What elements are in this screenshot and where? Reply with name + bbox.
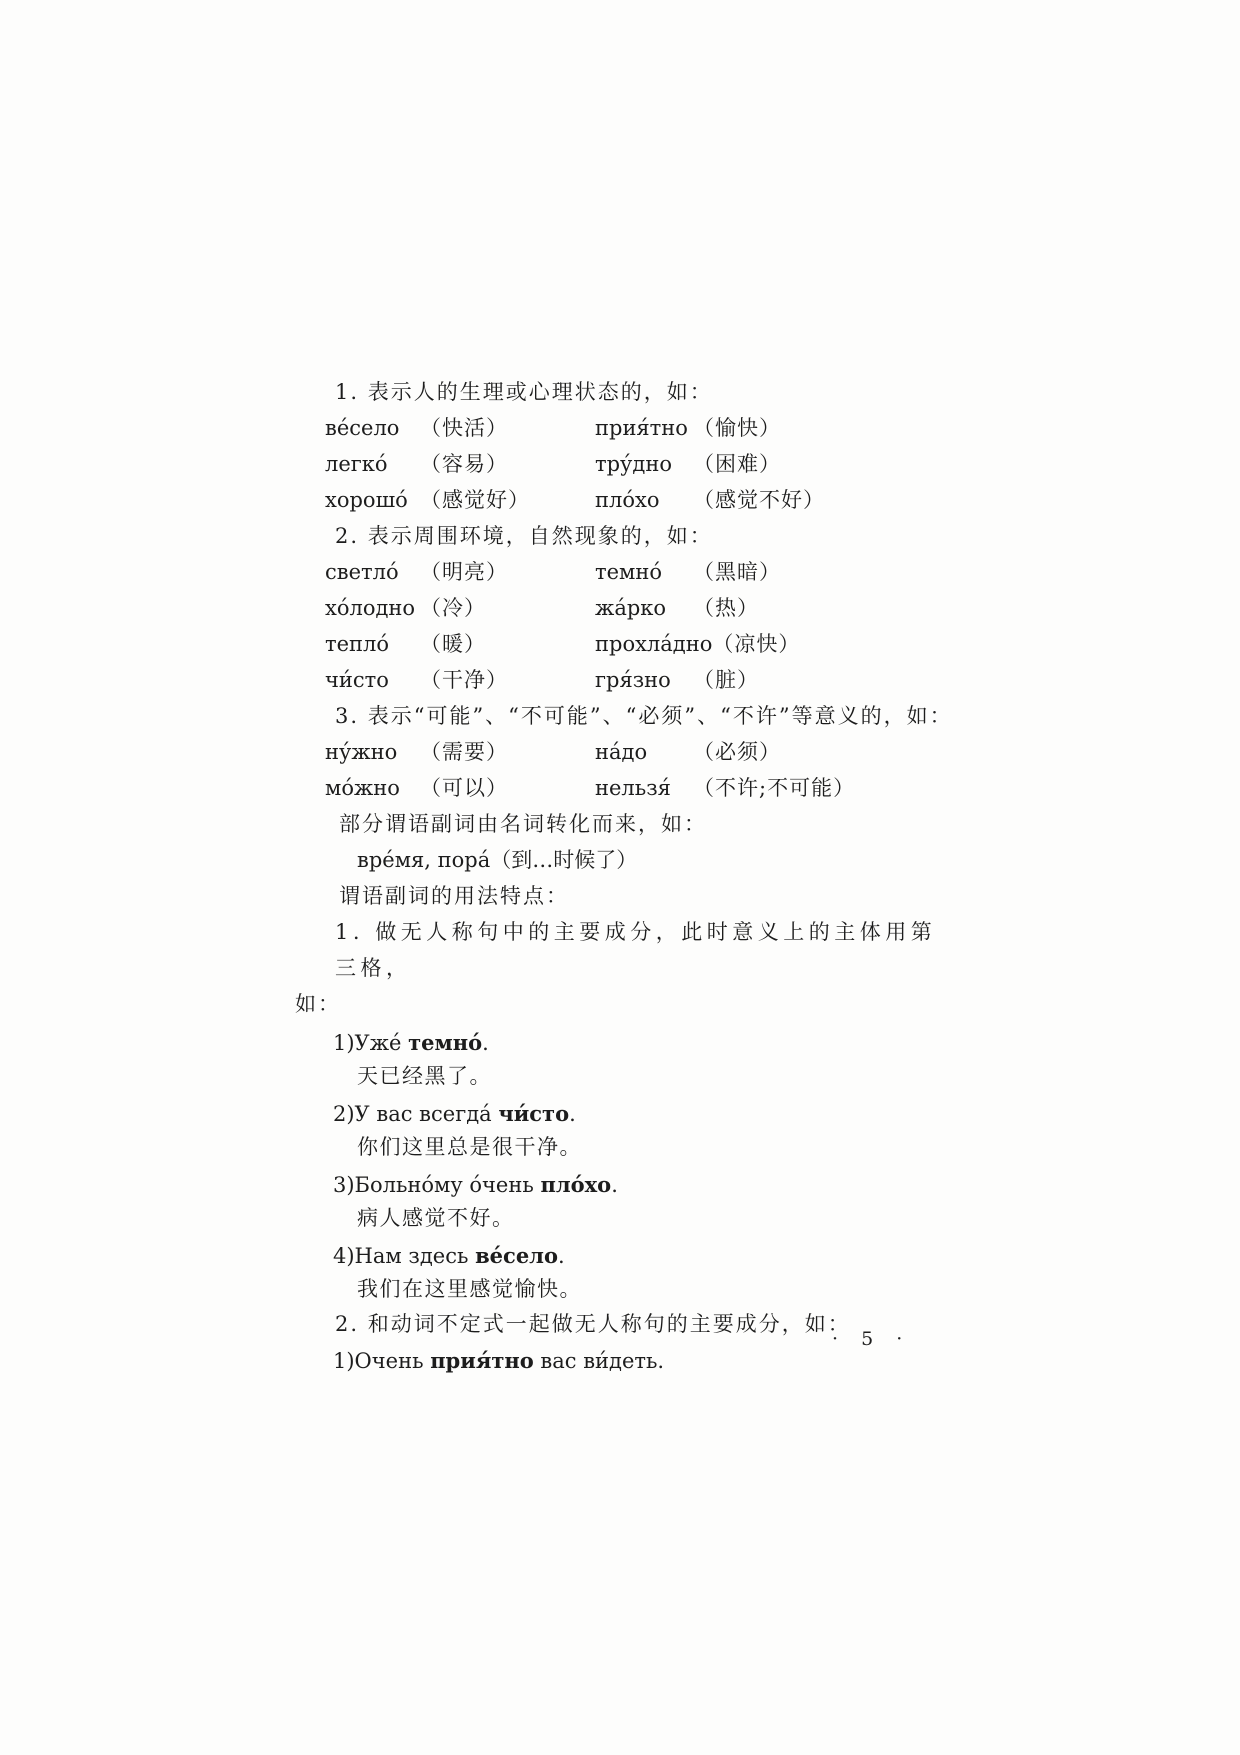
- russian-word: мо́жно: [325, 770, 420, 806]
- vocab-row: мо́жно（可以）нельзя́（不许;不可能）: [295, 770, 955, 806]
- sentence-pre: 3)Больно́му о́чень: [333, 1173, 540, 1197]
- chinese-gloss: （可以）: [420, 770, 595, 806]
- russian-word: гря́зно: [595, 662, 693, 698]
- vocab-row: ну́жно（需要）на́до（必须）: [295, 734, 955, 770]
- russian-word: светло́: [325, 554, 420, 590]
- example-sentence: 3)Больно́му о́чень пло́хо.: [295, 1168, 955, 1202]
- example-block: 4)Нам здесь ве́село. 我们在这里感觉愉快。: [295, 1239, 955, 1306]
- section-heading: 1. 表示人的生理或心理状态的，如：: [295, 374, 955, 410]
- sentence-post: вас ви́деть.: [534, 1349, 664, 1373]
- note-paragraph: 部分谓语副词由名词转化而来，如：: [295, 806, 955, 842]
- chinese-gloss: （感觉好）: [420, 482, 595, 518]
- page-number: · 5 ·: [832, 1328, 905, 1350]
- example-block: 3)Больно́му о́чень пло́хо. 病人感觉不好。: [295, 1168, 955, 1235]
- section-heading: 3. 表示“可能”、“不可能”、“必须”、“不许”等意义的，如：: [295, 698, 955, 734]
- russian-word: хо́лодно: [325, 590, 420, 626]
- russian-word: легко́: [325, 446, 420, 482]
- usage-point: 1. 做无人称句中的主要成分，此时意义上的主体用第三格，: [295, 914, 955, 986]
- usage-title: 谓语副词的用法特点：: [295, 878, 955, 914]
- vocab-row: чи́сто（干净）гря́зно（脏）: [295, 662, 955, 698]
- vocab-row: ве́село（快活）прия́тно（愉快）: [295, 410, 955, 446]
- chinese-gloss: （干净）: [420, 662, 595, 698]
- usage-point-wrap: 如：: [295, 986, 955, 1022]
- russian-word: нельзя́: [595, 770, 693, 806]
- page-content: 1. 表示人的生理或心理状态的，如： ве́село（快活）прия́тно（愉…: [295, 374, 955, 1378]
- sentence-pre: 2)У вас всегда́: [333, 1102, 498, 1126]
- example-sentence: 2)У вас всегда́ чи́сто.: [295, 1097, 955, 1131]
- russian-word: пло́хо: [595, 482, 693, 518]
- stressed-predicate-bold: пло́хо: [540, 1172, 611, 1197]
- vocab-row: хорошо́（感觉好）пло́хо（感觉不好）: [295, 482, 955, 518]
- chinese-gloss: （容易）: [420, 446, 595, 482]
- russian-word: жа́рко: [595, 590, 693, 626]
- stressed-predicate-bold: прия́тно: [430, 1348, 534, 1373]
- chinese-gloss: （不许;不可能）: [693, 770, 855, 806]
- stressed-predicate-bold: ве́село: [475, 1243, 558, 1268]
- chinese-gloss: （凉快）: [712, 626, 800, 662]
- russian-word: ве́село: [325, 410, 420, 446]
- chinese-gloss: （感觉不好）: [693, 482, 825, 518]
- vocab-row: легко́（容易）тру́дно（困难）: [295, 446, 955, 482]
- russian-word: прия́тно: [595, 410, 693, 446]
- russian-word: хорошо́: [325, 482, 420, 518]
- sentence-post: .: [482, 1031, 489, 1055]
- chinese-gloss: （需要）: [420, 734, 595, 770]
- vocab-row: тепло́（暖）прохла́дно（凉快）: [295, 626, 955, 662]
- example-translation: 病人感觉不好。: [295, 1202, 955, 1235]
- russian-word: на́до: [595, 734, 693, 770]
- chinese-gloss: （必须）: [693, 734, 781, 770]
- example-translation: 天已经黑了。: [295, 1060, 955, 1093]
- chinese-gloss: （热）: [693, 590, 759, 626]
- russian-word: чи́сто: [325, 662, 420, 698]
- example-translation: 我们在这里感觉愉快。: [295, 1273, 955, 1306]
- chinese-gloss: （冷）: [420, 590, 595, 626]
- section-heading: 2. 表示周围环境，自然现象的，如：: [295, 518, 955, 554]
- chinese-gloss: （愉快）: [693, 410, 781, 446]
- sentence-post: .: [611, 1173, 618, 1197]
- russian-word: темно́: [595, 554, 693, 590]
- stressed-predicate-bold: чи́сто: [498, 1101, 569, 1126]
- russian-word: тепло́: [325, 626, 420, 662]
- chinese-gloss: （暖）: [420, 626, 595, 662]
- example-sentence: 1)Уже́ темно́.: [295, 1026, 955, 1060]
- example-sentence: 4)Нам здесь ве́село.: [295, 1239, 955, 1273]
- chinese-gloss: （困难）: [693, 446, 781, 482]
- book-page: 1. 表示人的生理或心理状态的，如： ве́село（快活）прия́тно（愉…: [0, 0, 1240, 1755]
- sentence-pre: 4)Нам здесь: [333, 1244, 475, 1268]
- sentence-post: .: [558, 1244, 565, 1268]
- russian-word: тру́дно: [595, 446, 693, 482]
- example-translation: 你们这里总是很干净。: [295, 1131, 955, 1164]
- chinese-gloss: （脏）: [693, 662, 759, 698]
- chinese-gloss: （黑暗）: [693, 554, 781, 590]
- example-block: 2)У вас всегда́ чи́сто. 你们这里总是很干净。: [295, 1097, 955, 1164]
- sentence-post: .: [569, 1102, 576, 1126]
- vocab-row: светло́（明亮）темно́（黑暗）: [295, 554, 955, 590]
- stressed-predicate-bold: темно́: [408, 1030, 482, 1055]
- sentence-pre: 1)Уже́: [333, 1031, 408, 1055]
- chinese-gloss: （明亮）: [420, 554, 595, 590]
- russian-word: ну́жно: [325, 734, 420, 770]
- vocab-row: хо́лодно（冷）жа́рко（热）: [295, 590, 955, 626]
- russian-word: прохла́дно: [595, 626, 712, 662]
- chinese-gloss: （快活）: [420, 410, 595, 446]
- russian-example-line: вре́мя, пора́（到…时候了）: [295, 842, 955, 878]
- sentence-pre: 1)Очень: [333, 1349, 430, 1373]
- example-block: 1)Уже́ темно́. 天已经黑了。: [295, 1026, 955, 1093]
